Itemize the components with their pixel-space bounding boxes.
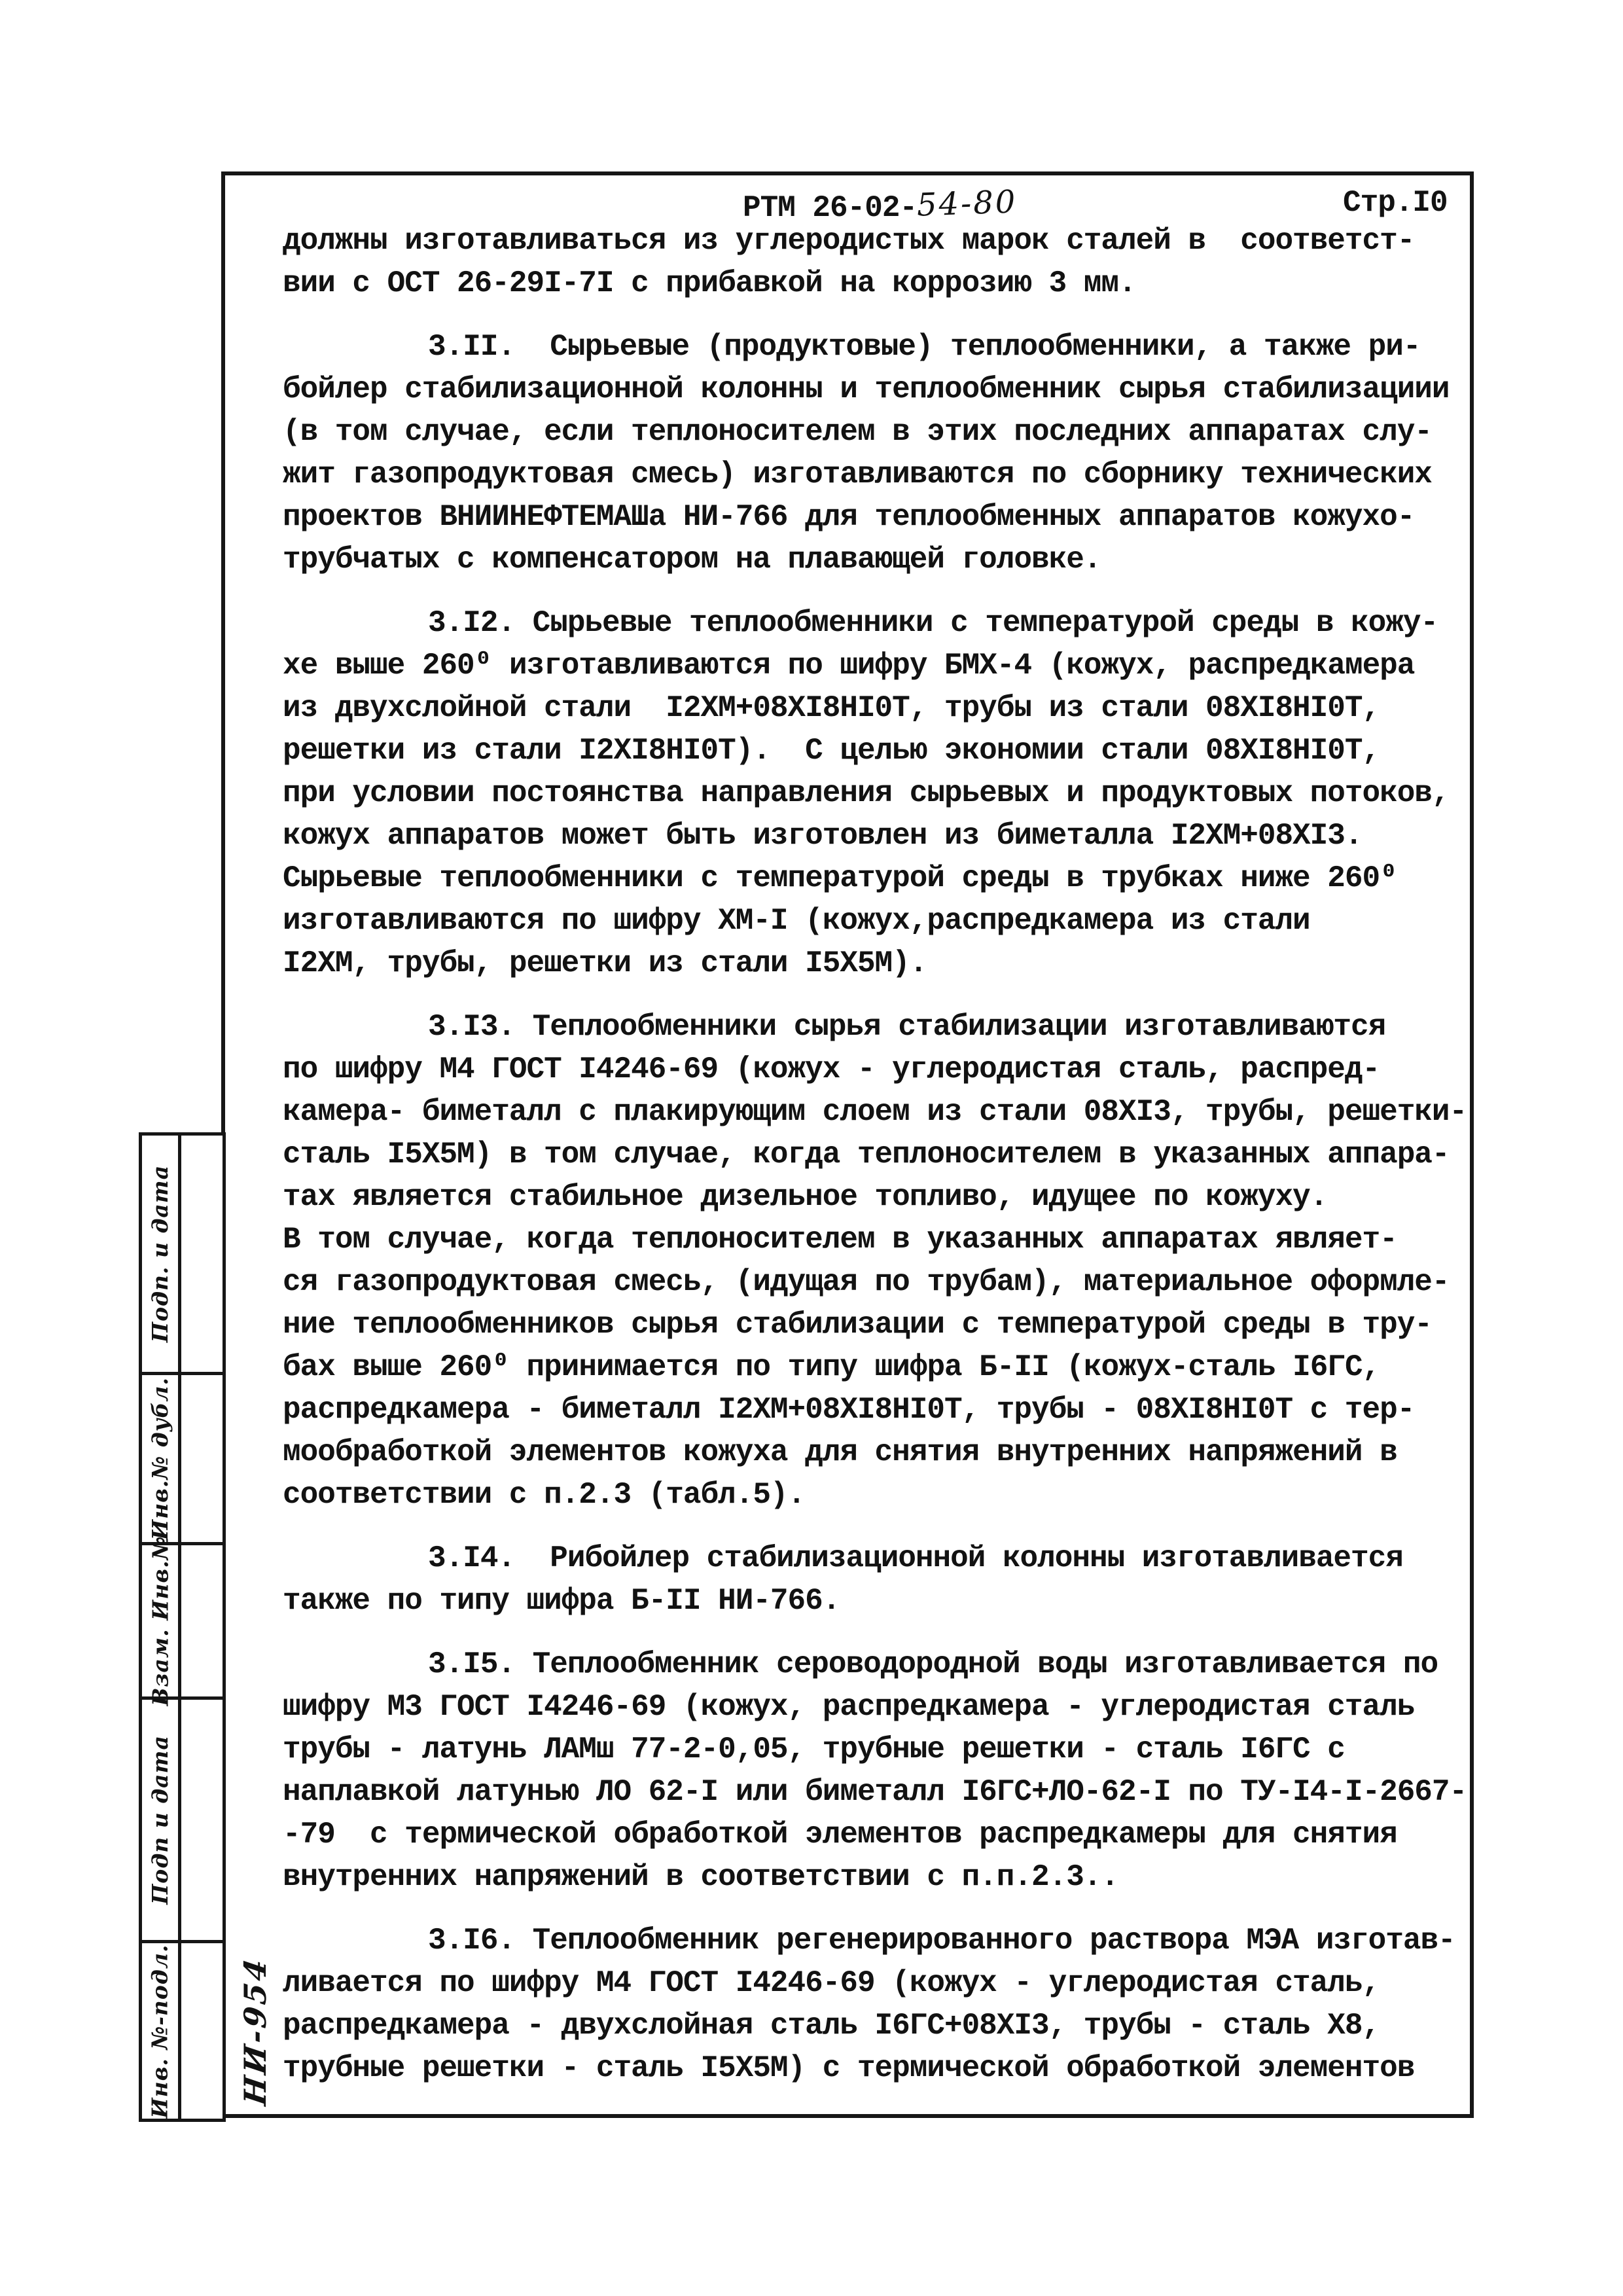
text-line: камера- биметалл с плакирующим слоем из …	[283, 1091, 1495, 1134]
stamp-value-podp-i-data-upper	[181, 1136, 223, 1372]
text-line: вии с ОСТ 26-29I-7I с прибавкой на корро…	[283, 262, 1495, 305]
text-line: ливается по шифру М4 ГОСТ I4246-69 (кожу…	[283, 1962, 1495, 2005]
stamp-label-podp-i-data-upper: Подп. и дата	[142, 1136, 181, 1372]
text-line: трубные решетки - сталь I5Х5М) с термиче…	[283, 2047, 1495, 2090]
paragraph-3.15: 3.I5. Теплообменник сероводородной воды …	[283, 1643, 1495, 1899]
text-line: также по типу шифра Б-II НИ-766.	[283, 1580, 1495, 1623]
text-line: 3.I4. Рибойлер стабилизационной колонны …	[283, 1537, 1495, 1580]
text-line: при условии постоянства направления сырь…	[283, 772, 1495, 815]
text-line: 3.I3. Теплообменники сырья стабилизации …	[283, 1006, 1495, 1049]
page-number-label: Стр.I0	[1343, 186, 1448, 220]
text-line: ние теплообменников сырья стабилизации с…	[283, 1304, 1495, 1346]
text-line: соответствии с п.2.3 (табл.5).	[283, 1474, 1495, 1516]
text-line: наплавкой латунью ЛО 62-I или биметалл I…	[283, 1771, 1495, 1814]
stamp-value-inv-no-podl: НИ-954	[181, 1943, 329, 2119]
text-line: бах выше 260⁰ принимается по типу шифра …	[283, 1346, 1495, 1389]
text-line: 3.I2. Сырьевые теплообменники с температ…	[283, 602, 1495, 645]
stamp-value-vzam-inv-no	[181, 1545, 223, 1696]
paragraph-3.13: 3.I3. Теплообменники сырья стабилизации …	[283, 1006, 1495, 1516]
text-line: трубы - латунь ЛАМш 77-2-0,05, трубные р…	[283, 1729, 1495, 1771]
text-line: сталь I5Х5М) в том случае, когда теплоно…	[283, 1134, 1495, 1176]
scanned-document-page: { "document": { "header": { "doc_number_…	[0, 0, 1623, 2296]
stamp-label-text: Подп. и дата	[147, 1165, 173, 1342]
text-line: изготавливаются по шифру ХМ-I (кожух,рас…	[283, 900, 1495, 942]
document-number-handwritten: 54-80	[916, 183, 1018, 223]
text-line: -79 с термической обработкой элементов р…	[283, 1814, 1495, 1856]
stamp-row-podp-i-data-upper: Подп. и дата	[142, 1136, 223, 1375]
stamp-label-text: Подп и дата	[147, 1735, 173, 1905]
text-line: должны изготавливаться из углеродистых м…	[283, 220, 1495, 262]
text-line: бойлер стабилизационной колонны и теплоо…	[283, 368, 1495, 411]
stamp-row-inv-no-dubl: Инв.№ дубл.	[142, 1375, 223, 1545]
text-line: по шифру М4 ГОСТ I4246-69 (кожух - углер…	[283, 1049, 1495, 1091]
paragraph-3.16: 3.I6. Теплообменник регенерированного ра…	[283, 1920, 1495, 2090]
stamp-value-podp-i-data-lower	[181, 1700, 223, 1940]
stamp-label-text: Инв. №-подл.	[147, 1944, 173, 2118]
stamp-column: Подп. и датаИнв.№ дубл.Взам. Инв.№Подп и…	[139, 1132, 226, 2122]
text-line: жит газопродуктовая смесь) изготавливают…	[283, 454, 1495, 496]
text-line: мообработкой элементов кожуха для снятия…	[283, 1431, 1495, 1474]
paragraph-3.11: 3.II. Сырьевые (продуктовые) теплообменн…	[283, 326, 1495, 581]
stamp-label-inv-no-podl: Инв. №-подл.	[142, 1943, 181, 2119]
text-line: Сырьевые теплообменники с температурой с…	[283, 857, 1495, 900]
text-line: кожух аппаратов может быть изготовлен из…	[283, 815, 1495, 857]
stamp-label-inv-no-dubl: Инв.№ дубл.	[142, 1375, 181, 1542]
text-line: 3.I5. Теплообменник сероводородной воды …	[283, 1643, 1495, 1686]
text-line: ся газопродуктовая смесь, (идущая по тру…	[283, 1261, 1495, 1304]
text-line: I2ХМ, трубы, решетки из стали I5Х5М).	[283, 942, 1495, 985]
stamp-row-vzam-inv-no: Взам. Инв.№	[142, 1545, 223, 1700]
text-line: тах является стабильное дизельное топлив…	[283, 1176, 1495, 1219]
stamp-handwritten-number: НИ-954	[238, 1954, 273, 2108]
text-line: проектов ВНИИНЕФТЕМАШа НИ-766 для теплоо…	[283, 496, 1495, 539]
text-line: 3.I6. Теплообменник регенерированного ра…	[283, 1920, 1495, 1962]
stamp-label-podp-i-data-lower: Подп и дата	[142, 1700, 181, 1940]
stamp-label-text: Взам. Инв.№	[147, 1536, 173, 1706]
text-line: внутренних напряжений в соответствии с п…	[283, 1856, 1495, 1899]
text-line: из двухслойной стали I2ХМ+08ХI8НI0Т, тру…	[283, 687, 1495, 730]
text-line: решетки из стали I2ХI8НI0Т). С целью эко…	[283, 730, 1495, 772]
text-line: (в том случае, если теплоносителем в эти…	[283, 411, 1495, 454]
paragraph-3.12: 3.I2. Сырьевые теплообменники с температ…	[283, 602, 1495, 985]
stamp-label-text: Инв.№ дубл.	[147, 1377, 173, 1540]
paragraph-continuation: должны изготавливаться из углеродистых м…	[283, 220, 1495, 305]
stamp-row-inv-no-podl: Инв. №-подл.НИ-954	[142, 1943, 223, 2119]
text-line: В том случае, когда теплоносителем в ука…	[283, 1219, 1495, 1261]
stamp-value-inv-no-dubl	[181, 1375, 223, 1542]
text-line: шифру М3 ГОСТ I4246-69 (кожух, распредка…	[283, 1686, 1495, 1729]
text-line: трубчатых с компенсатором на плавающей г…	[283, 539, 1495, 581]
stamp-label-vzam-inv-no: Взам. Инв.№	[142, 1545, 181, 1696]
text-line: 3.II. Сырьевые (продуктовые) теплообменн…	[283, 326, 1495, 368]
text-line: хе выше 260⁰ изготавливаются по шифру БМ…	[283, 645, 1495, 687]
text-line: распредкамера - двухслойная сталь I6ГС+0…	[283, 2005, 1495, 2047]
paragraph-3.14: 3.I4. Рибойлер стабилизационной колонны …	[283, 1537, 1495, 1623]
document-text: должны изготавливаться из углеродистых м…	[283, 220, 1495, 2090]
text-line: распредкамера - биметалл I2ХМ+08ХI8НI0Т,…	[283, 1389, 1495, 1431]
stamp-row-podp-i-data-lower: Подп и дата	[142, 1700, 223, 1943]
